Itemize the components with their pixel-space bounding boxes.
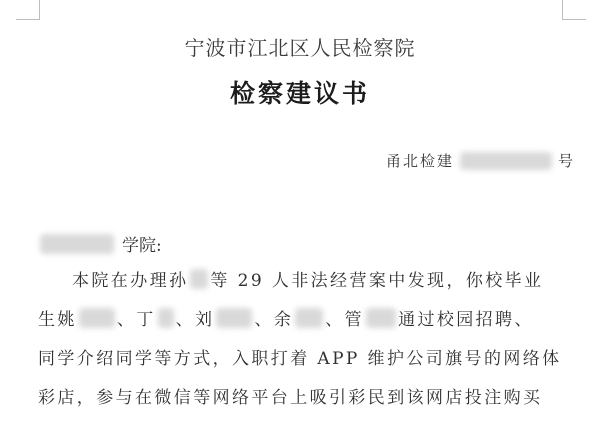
redacted-school-name: [40, 234, 114, 254]
body-line: 生姚 、丁 、刘 、余 、管 通过校园招聘、: [38, 305, 568, 330]
text-segment: 本院在办理孙: [72, 266, 188, 291]
redacted-name: [158, 308, 174, 328]
redacted-name: [190, 269, 208, 289]
body-line: 本院在办理孙 等 29 人非法经营案中发现，你校毕业: [72, 266, 600, 291]
page-corner-mark-left: [16, 19, 40, 20]
text-segment: 、丁: [117, 305, 156, 330]
issuing-organization: 宁波市江北区人民检察院: [0, 32, 600, 61]
document-number: 甬北检建 号: [386, 150, 575, 171]
redacted-name: [295, 308, 323, 328]
addressee: 学院:: [40, 231, 162, 256]
redacted-name: [366, 308, 396, 328]
addressee-suffix: 学院:: [122, 231, 162, 256]
page-corner-mark-right: [562, 19, 586, 20]
body-line: 彩店，参与在微信等网络平台上吸引彩民到该网店投注购买: [38, 383, 568, 408]
doc-number-prefix: 甬北检建: [386, 150, 454, 171]
text-segment: 彩店，参与在微信等网络平台上吸引彩民到该网店投注购买: [38, 383, 542, 408]
redacted-number: [460, 152, 552, 170]
text-segment: 、余: [254, 305, 293, 330]
text-segment: 生姚: [38, 305, 77, 330]
text-segment: 、刘: [176, 305, 215, 330]
text-segment: 、管: [325, 305, 364, 330]
redacted-name: [79, 308, 115, 328]
text-segment: 同学介绍同学等方式，入职打着 APP 维护公司旗号的网络体: [38, 344, 562, 369]
page-corner-mark-left: [39, 0, 40, 20]
redacted-name: [216, 308, 252, 328]
text-segment: 等 29 人非法经营案中发现，你校毕业: [210, 266, 543, 291]
text-segment: 通过校园招聘、: [398, 305, 534, 330]
body-line: 同学介绍同学等方式，入职打着 APP 维护公司旗号的网络体: [38, 344, 568, 369]
page-corner-mark-right: [562, 0, 563, 20]
document-title: 检察建议书: [0, 74, 600, 110]
doc-number-suffix: 号: [558, 150, 575, 171]
